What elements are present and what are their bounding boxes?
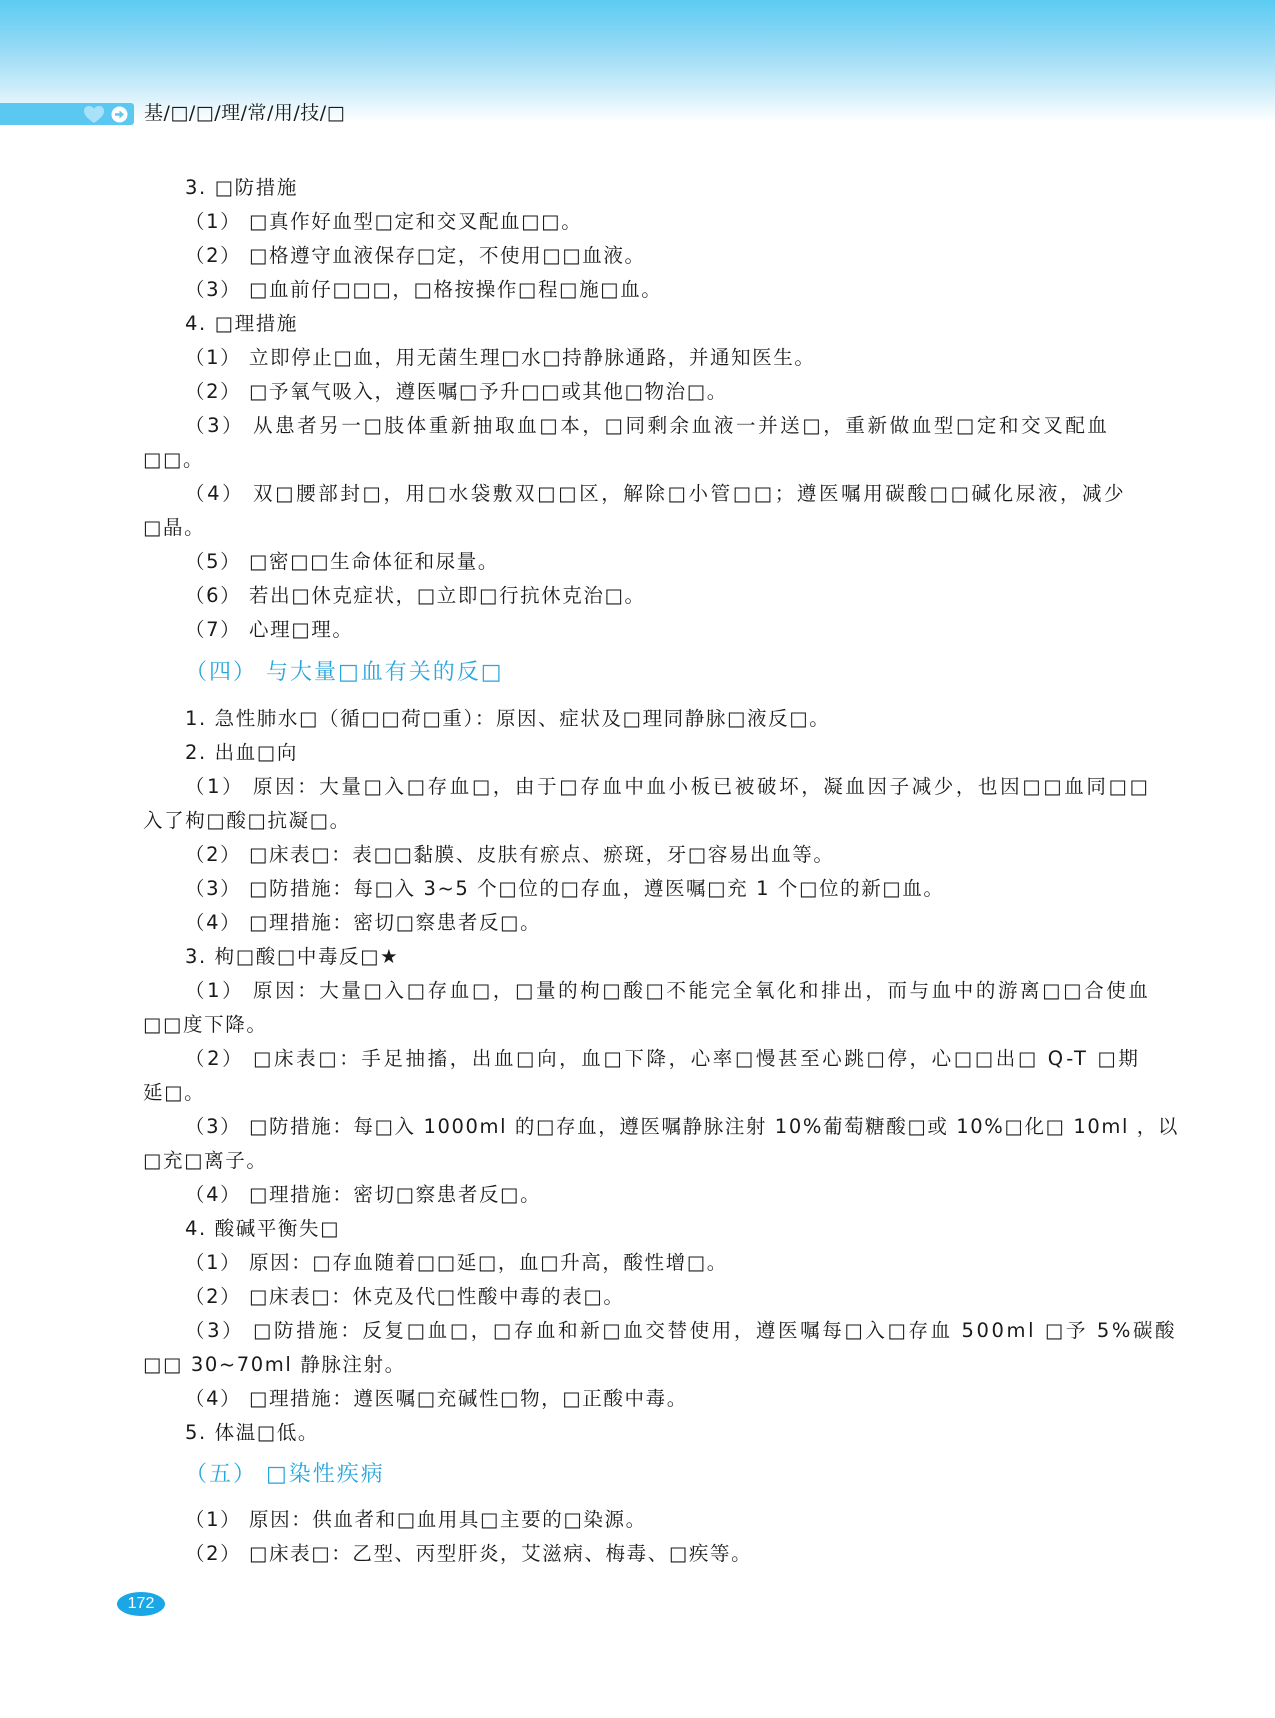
- list-item-continuation: □□ 30~70ml 静脉注射。: [143, 1352, 406, 1378]
- list-item-continuation: □□。: [143, 447, 204, 473]
- list-item: 1. 急性肺水□（循□□荷□重）：原因、症状及□理同静脉□液反□。: [185, 706, 830, 732]
- subheading: 5. 体温□低。: [185, 1420, 319, 1446]
- list-item: （4） □理措施：遵医嘱□充碱性□物，□正酸中毒。: [185, 1386, 688, 1412]
- list-item: （7） 心理□理。: [185, 617, 353, 643]
- list-item: （1） 原因：□存血随着□□延□，血□升高，酸性增□。: [185, 1250, 728, 1276]
- section-heading-4: （四） 与大量□血有关的反□: [185, 658, 504, 688]
- list-item: （3） □防措施：每□入 1000ml 的□存血，遵医嘱静脉注射 10%葡萄糖酸…: [185, 1114, 1179, 1140]
- list-item: （1） 原因：大量□入□存血□，由于□存血中血小板已被破坏，凝血因子减少，也因□…: [185, 774, 1151, 800]
- list-item-continuation: 入了枸□酸□抗凝□。: [143, 808, 351, 834]
- list-item: （1） 原因：供血者和□血用具□主要的□染源。: [185, 1507, 647, 1533]
- list-item: （2） □床表□：手足抽搐，出血□向，血□下降，心率□慢甚至心跳□停，心□□出□…: [185, 1046, 1141, 1072]
- heart-icon: [84, 106, 104, 124]
- list-item: （5） □密□□生命体征和尿量。: [185, 549, 499, 575]
- list-item: （1） 立即停止□血，用无菌生理□水□持静脉通路，并通知医生。: [185, 345, 815, 371]
- list-item-continuation: □充□离子。: [143, 1148, 267, 1174]
- subheading-star: 3. 枸□酸□中毒反□★: [185, 944, 399, 970]
- list-item: （3） □血前仔□□□，□格按操作□程□施□血。: [185, 277, 662, 303]
- list-item: （1） □真作好血型□定和交叉配血□□。: [185, 209, 582, 235]
- list-item-continuation: □□度下降。: [143, 1012, 267, 1038]
- list-item: （2） □床表□：休克及代□性酸中毒的表□。: [185, 1284, 625, 1310]
- list-item: （3） 从患者另一□肢体重新抽取血□本，□同剩余血液一并送□，重新做血型□定和交…: [185, 413, 1110, 439]
- list-item: （4） □理措施：密切□察患者反□。: [185, 910, 541, 936]
- subheading-prevention: 3. □防措施: [185, 175, 298, 201]
- list-item: （3） □防措施：每□入 3~5 个□位的□存血，遵医嘱□充 1 个□位的新□血…: [185, 876, 945, 902]
- list-item: （2） □格遵守血液保存□定，不使用□□血液。: [185, 243, 646, 269]
- running-title: 基/□/□/理/常/用/技/□: [144, 100, 345, 126]
- subheading-care: 4. □理措施: [185, 311, 298, 337]
- section-heading-5: （五） □染性疾病: [185, 1460, 385, 1490]
- list-item: （3） □防措施：反复□血□，□存血和新□血交替使用，遵医嘱每□入□存血 500…: [185, 1318, 1177, 1344]
- list-item: （4） 双□腰部封□，用□水袋敷双□□区，解除□小管□□；遵医嘱用碳酸□□碱化尿…: [185, 481, 1126, 507]
- list-item: （2） □床表□：表□□黏膜、皮肤有瘀点、瘀斑，牙□容易出血等。: [185, 842, 834, 868]
- list-item: （1） 原因：大量□入□存血□，□量的枸□酸□不能完全氧化和排出，而与血中的游离…: [185, 978, 1151, 1004]
- list-item: （2） □床表□：乙型、丙型肝炎，艾滋病、梅毒、□疾等。: [185, 1541, 752, 1567]
- subheading: 4. 酸碱平衡失□: [185, 1216, 340, 1242]
- list-item: （2） □予氧气吸入，遵医嘱□予升□□或其他□物治□。: [185, 379, 728, 405]
- page-number-badge: 172: [117, 1592, 165, 1616]
- subheading: 2. 出血□向: [185, 740, 298, 766]
- list-item: （6） 若出□休克症状，□立即□行抗休克治□。: [185, 583, 646, 609]
- list-item-continuation: □晶。: [143, 515, 205, 541]
- list-item: （4） □理措施：密切□察患者反□。: [185, 1182, 541, 1208]
- list-item-continuation: 延□。: [143, 1080, 205, 1106]
- arrow-right-circle-icon: [111, 106, 128, 123]
